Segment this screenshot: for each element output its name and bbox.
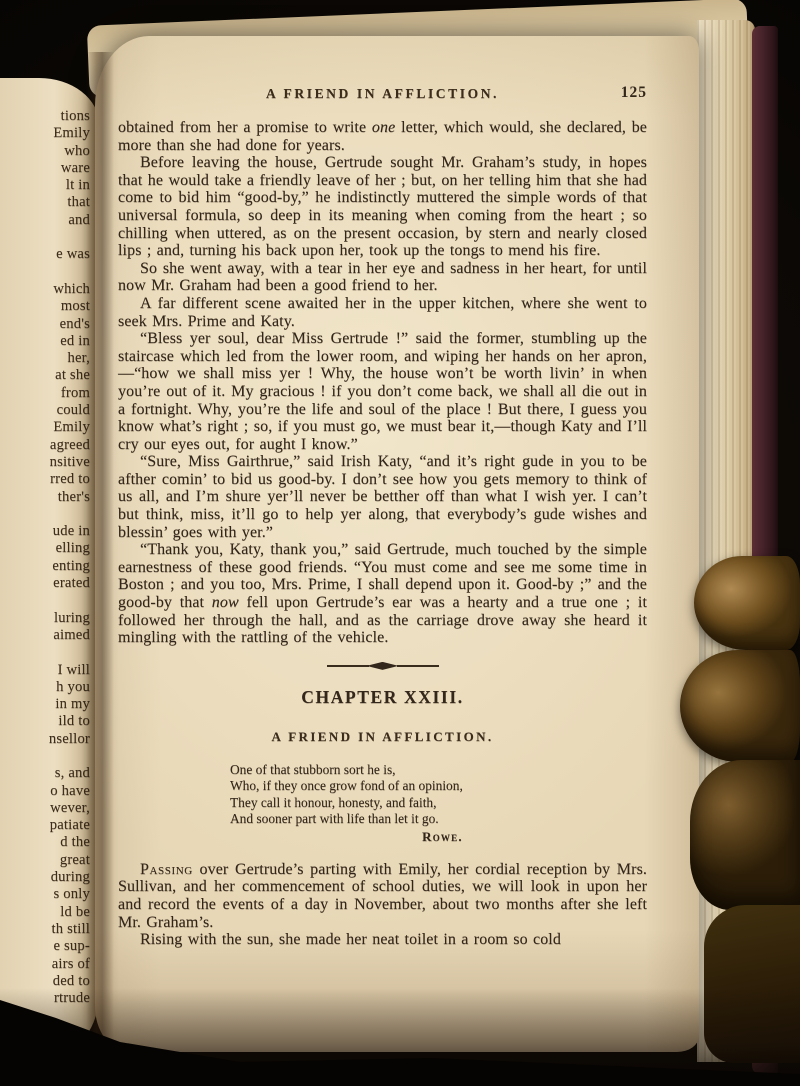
left-page-text-fragment: ed in [0, 333, 90, 350]
running-header: A FRIEND IN AFFLICTION. [118, 86, 647, 102]
page-header: A FRIEND IN AFFLICTION. 125 [118, 86, 647, 108]
page-content: A FRIEND IN AFFLICTION. 125 obtained fro… [95, 36, 699, 949]
left-page-text-fragment [0, 748, 90, 765]
left-page-text-fragment: nsitive [0, 454, 90, 471]
brass-clasp-finger [690, 760, 800, 910]
left-page-text-fragment: could [0, 402, 90, 419]
left-page-text-fragment: end's [0, 316, 90, 333]
left-page-text-fragments: tionsEmilywhowarelt inthatand e was whic… [0, 108, 90, 1007]
left-page-text-fragment: ther's [0, 489, 90, 506]
left-page-text-fragment: at she [0, 367, 90, 384]
divider-line [327, 665, 369, 667]
left-page-text-fragment [0, 506, 90, 523]
left-page-text-fragment: which [0, 281, 90, 298]
italic-word: one [372, 119, 395, 136]
left-page-text-fragment: agreed [0, 437, 90, 454]
divider-line [397, 665, 439, 667]
epigraph-line: One of that stubborn sort he is, [230, 762, 463, 778]
left-page-text-fragment: I will [0, 662, 90, 679]
brass-clasp-base [704, 905, 800, 1063]
paragraph: Passing over Gertrude’s parting with Emi… [118, 861, 647, 931]
paragraph: Rising with the sun, she made her neat t… [118, 931, 647, 949]
divider-ornament-icon [367, 662, 399, 670]
left-page-text-fragment: in my [0, 696, 90, 713]
left-page-text-fragment: s, and [0, 765, 90, 782]
left-page-text-fragment: ude in [0, 523, 90, 540]
section-divider [327, 662, 439, 670]
left-page-text-fragment: her, [0, 350, 90, 367]
epigraph-attribution: Rowe. [230, 829, 463, 845]
paragraph: “Sure, Miss Gairthrue,” said Irish Katy,… [118, 453, 647, 541]
epigraph-line: And sooner part with life than let it go… [230, 811, 463, 827]
left-page-text-fragment: ware [0, 160, 90, 177]
left-page-text-fragment: elling [0, 540, 90, 557]
left-page-text-fragment: lt in [0, 177, 90, 194]
left-page-text-fragment: that [0, 194, 90, 211]
left-page-text-fragment: airs of [0, 956, 90, 973]
left-page-text-fragment: Emily [0, 419, 90, 436]
left-page-text-fragment: erated [0, 575, 90, 592]
book-photo-background: tionsEmilywhowarelt inthatand e was whic… [0, 0, 800, 1086]
left-page-text-fragment: ded to [0, 973, 90, 990]
paragraph: obtained from her a promise to write one… [118, 119, 647, 154]
epigraph-line: Who, if they once grow fond of an opinio… [230, 778, 463, 794]
epigraph-lines: One of that stubborn sort he is,Who, if … [230, 762, 463, 828]
left-page-text-fragment: great [0, 852, 90, 869]
left-page-text-fragment: who [0, 143, 90, 160]
left-page-text-fragment [0, 229, 90, 246]
epigraph: One of that stubborn sort he is,Who, if … [230, 762, 463, 846]
left-page-edge: tionsEmilywhowarelt inthatand e was whic… [0, 78, 99, 1054]
left-page-text-fragment: e was [0, 246, 90, 263]
left-page-text-fragment: most [0, 298, 90, 315]
paragraph: So she went away, with a tear in her eye… [118, 260, 647, 295]
left-page-text-fragment: rtrude [0, 990, 90, 1007]
left-page-text-fragment [0, 644, 90, 661]
chapter-subtitle: A FRIEND IN AFFLICTION. [118, 729, 647, 745]
left-page-text-fragment: from [0, 385, 90, 402]
chapter-opening-text: Passing over Gertrude’s parting with Emi… [118, 861, 647, 949]
left-page-text-fragment: d the [0, 834, 90, 851]
brass-clasp-finger [680, 650, 800, 762]
left-page-text-fragment [0, 264, 90, 281]
left-page-text-fragment: ild to [0, 713, 90, 730]
left-page-text-fragment: enting [0, 558, 90, 575]
paragraph: “Thank you, Katy, thank you,” said Gertr… [118, 541, 647, 647]
left-page-text-fragment: patiate [0, 817, 90, 834]
left-page-text-fragment: rred to [0, 471, 90, 488]
left-page-text-fragment: o have [0, 783, 90, 800]
epigraph-line: They call it honour, honesty, and faith, [230, 795, 463, 811]
brass-clasp-finger [694, 556, 800, 650]
italic-word: now [212, 594, 239, 611]
left-page-text-fragment: and [0, 212, 90, 229]
book-page: A FRIEND IN AFFLICTION. 125 obtained fro… [95, 36, 699, 1052]
left-page-text-fragment: tions [0, 108, 90, 125]
left-page-text-fragment: aimed [0, 627, 90, 644]
left-page-text-fragment: Emily [0, 125, 90, 142]
paragraph: Before leaving the house, Gertrude sough… [118, 154, 647, 260]
chapter-title: CHAPTER XXIII. [118, 687, 647, 708]
left-page-text-fragment: wever, [0, 800, 90, 817]
left-page-text-fragment: h you [0, 679, 90, 696]
paragraph: A far different scene awaited her in the… [118, 295, 647, 330]
left-page-text-fragment: e sup- [0, 938, 90, 955]
paragraph-text: over Gertrude’s parting with Emily, her … [118, 861, 647, 931]
left-page-text-fragment: nsellor [0, 731, 90, 748]
left-page-text-fragment: luring [0, 610, 90, 627]
left-page-text-fragment [0, 592, 90, 609]
paragraph: “Bless yer soul, dear Miss Gertrude !” s… [118, 330, 647, 453]
paragraph-lead-word: Passing [140, 861, 193, 878]
paragraph-text: obtained from her a promise to write [118, 119, 372, 136]
left-page-text-fragment: s only [0, 886, 90, 903]
left-page-text-fragment: during [0, 869, 90, 886]
left-page-text-fragment: ld be [0, 904, 90, 921]
page-number: 125 [621, 84, 647, 102]
left-page-text-fragment: th still [0, 921, 90, 938]
